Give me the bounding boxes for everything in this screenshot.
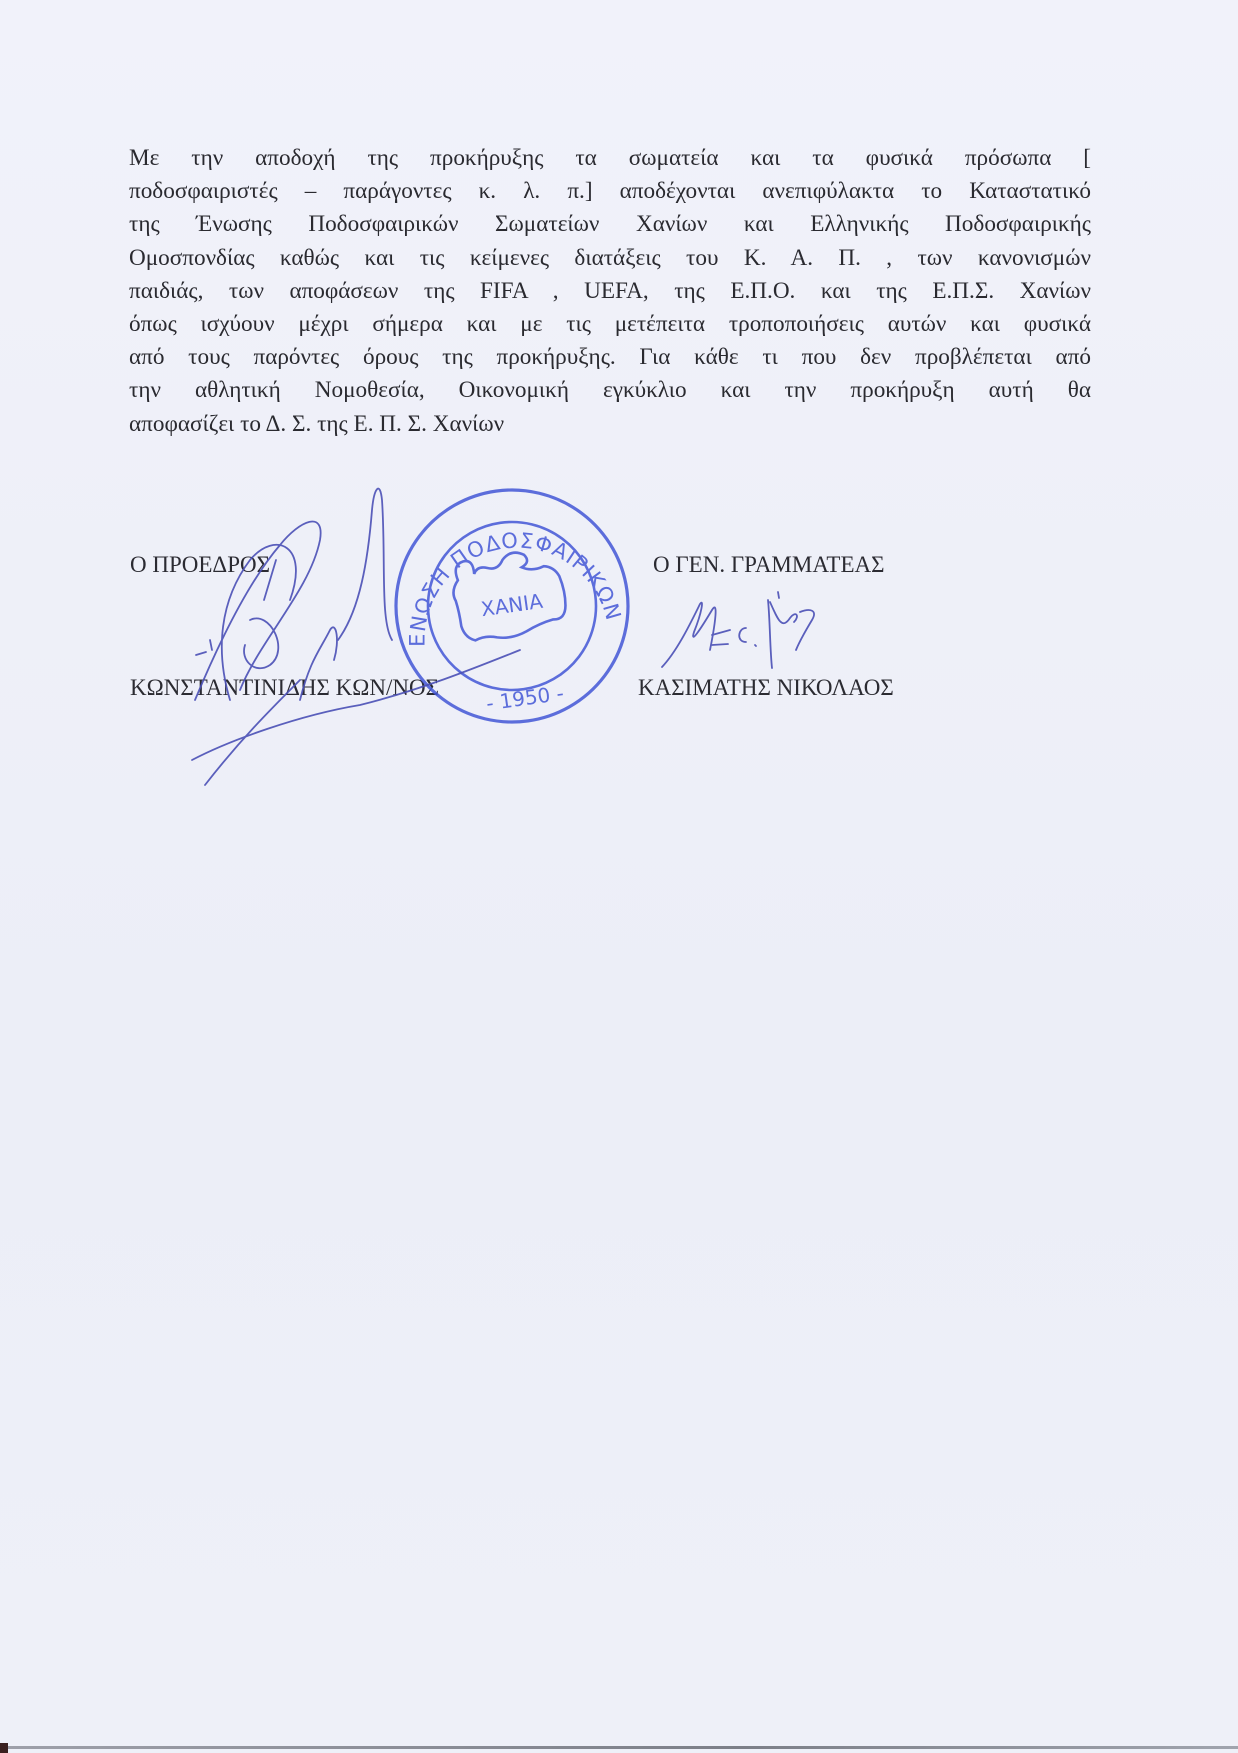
secretary-name: ΚΑΣΙΜΑΤΗΣ ΝΙΚΟΛΑΟΣ [638, 675, 894, 701]
scan-corner-mark [0, 1743, 8, 1753]
paragraph-line: όπως ισχύουν μέχρι σήμερα και με τις μετ… [129, 308, 1091, 341]
paragraph-line: παιδιάς, των αποφάσεων της FIFA , UEFA, … [129, 275, 1091, 308]
secretary-signature-icon [662, 592, 814, 668]
secretary-title: Ο ΓΕΝ. ΓΡΑΜΜΑΤΕΑΣ [653, 552, 885, 578]
president-signature-icon [192, 489, 520, 785]
president-title: Ο ΠΡΟΕΔΡΟΣ [130, 552, 270, 578]
paragraph-line: Με την αποδοχή της προκήρυξης τα σωματεί… [129, 142, 1091, 175]
paragraph-line: από τους παρόντες όρους της προκήρυξης. … [129, 341, 1091, 374]
paragraph-line: της Ένωσης Ποδοσφαιρικών Σωματείων Χανίω… [129, 208, 1091, 241]
paragraph-line: την αθλητική Νομοθεσία, Οικονομική εγκύκ… [129, 374, 1091, 407]
acceptance-paragraph: Με την αποδοχή της προκήρυξης τα σωματεί… [129, 142, 1091, 441]
paragraph-line: ποδοσφαιριστές – παράγοντες κ. λ. π.] απ… [129, 175, 1091, 208]
paragraph-line: Ομοσπονδίας καθώς και τις κείμενες διατά… [129, 242, 1091, 275]
document-page: Με την αποδοχή της προκήρυξης τα σωματεί… [0, 0, 1238, 1753]
president-name: ΚΩΝΣΤΑΝΤΙΝΙΔΗΣ ΚΩΝ/ΝΟΣ [130, 675, 439, 701]
stamp-year: - 1950 - [485, 681, 566, 716]
stamp-center-text: XANIA [480, 589, 545, 621]
paragraph-line: αποφασίζει το Δ. Σ. της Ε. Π. Σ. Χανίων [129, 408, 1091, 441]
scan-edge-divider [0, 1746, 1238, 1749]
